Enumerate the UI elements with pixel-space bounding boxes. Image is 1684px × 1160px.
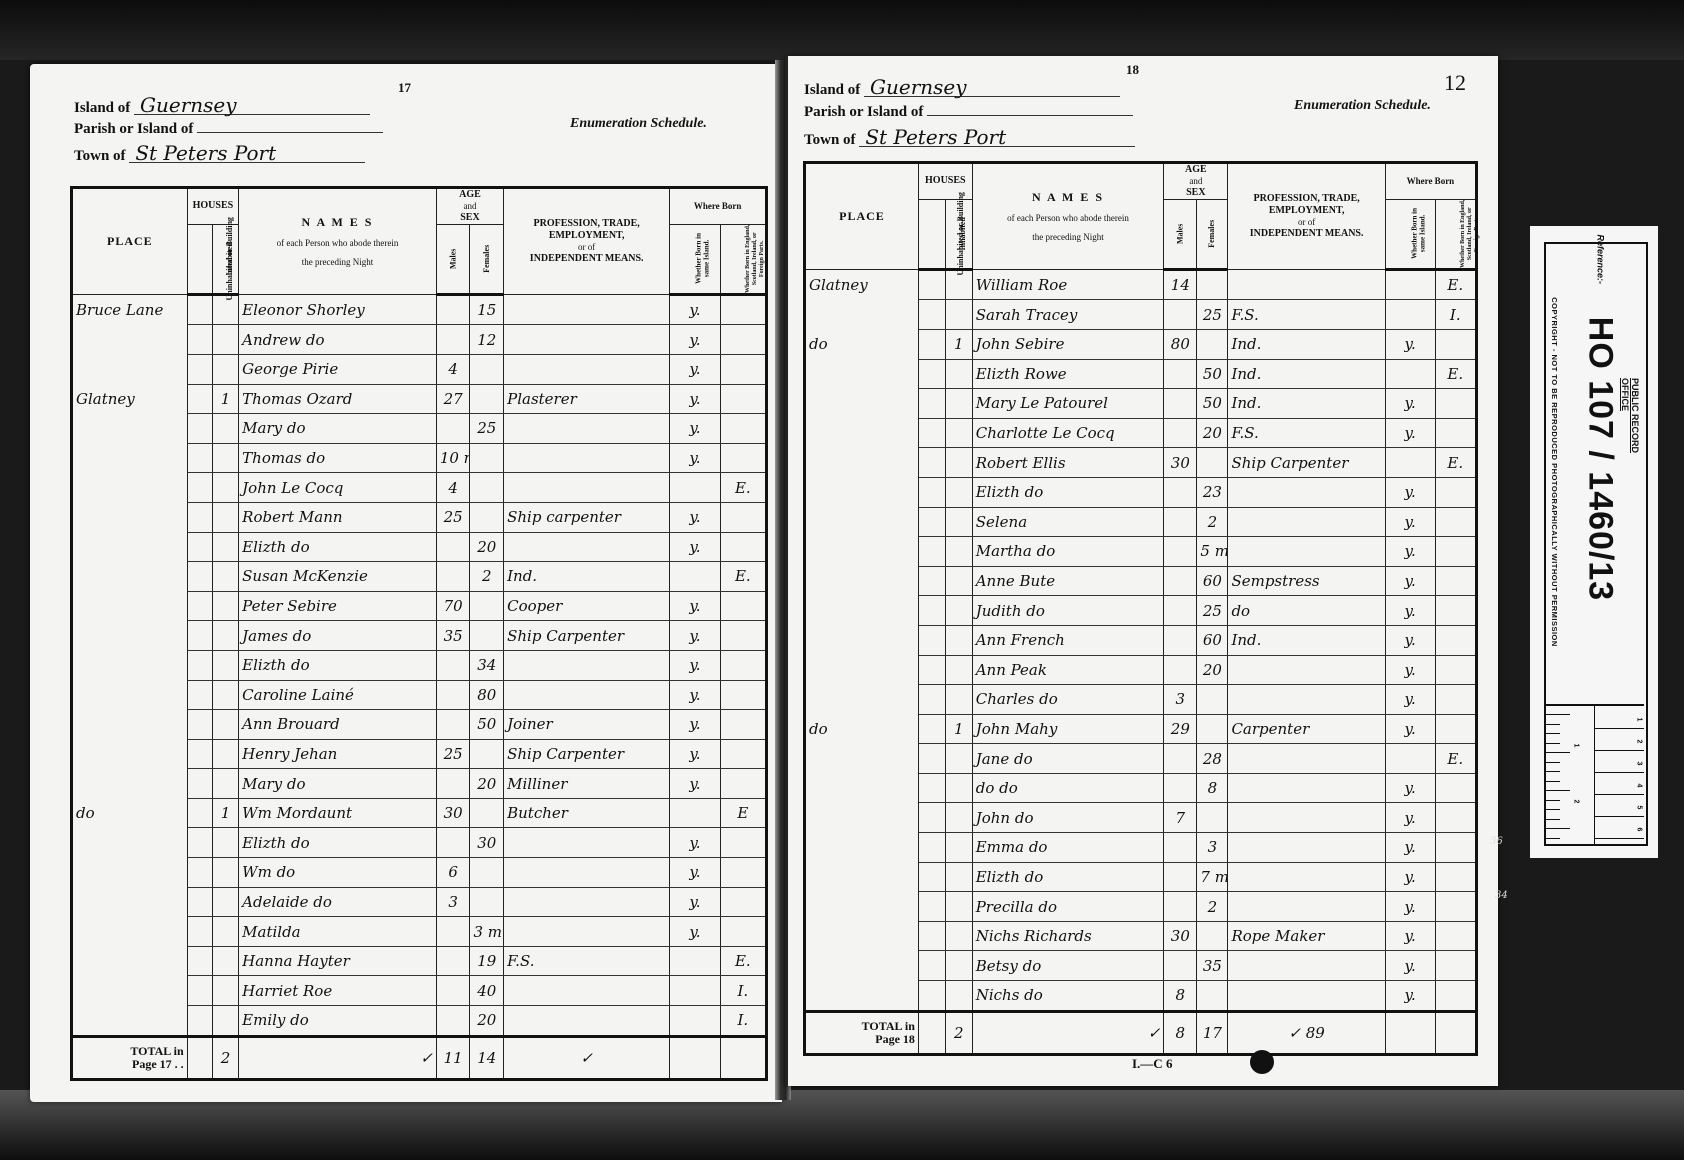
place-cell: Glatney bbox=[72, 384, 188, 414]
ruler-tick bbox=[1544, 800, 1560, 801]
total-uninhabited bbox=[918, 1011, 945, 1054]
born-elsewhere-cell bbox=[720, 917, 766, 947]
inhabited-cell bbox=[945, 389, 972, 419]
ruler-inch-label: 1 bbox=[1572, 744, 1579, 748]
males-age-cell: 30 bbox=[436, 798, 470, 828]
females-age-cell bbox=[470, 858, 504, 888]
inhabited-cell bbox=[212, 443, 238, 473]
born-elsewhere-cell bbox=[720, 650, 766, 680]
ruler-tick bbox=[1544, 809, 1560, 810]
census-rows: GlatneyWilliam Roe14E.Sarah Tracey25F.S.… bbox=[805, 269, 1477, 1054]
born-elsewhere-cell bbox=[1435, 862, 1476, 892]
island-value: Guernsey bbox=[864, 78, 1120, 97]
place-cell bbox=[805, 833, 919, 863]
table-row: Elizth do34y. bbox=[72, 650, 767, 680]
females-age-cell: 50 bbox=[1197, 389, 1228, 419]
inhabited-cell: 1 bbox=[945, 714, 972, 744]
col-uninhabited: Uninhabited or Building bbox=[918, 199, 945, 269]
profession-cell bbox=[1228, 833, 1385, 863]
name-cell: Emily do bbox=[239, 1006, 437, 1037]
born-elsewhere-cell bbox=[1435, 921, 1476, 951]
ruler-cm-line bbox=[1594, 750, 1644, 751]
females-age-cell: 30 bbox=[470, 828, 504, 858]
males-age-cell bbox=[436, 414, 470, 444]
born-same-island-cell: y. bbox=[670, 680, 720, 710]
table-row: Ann Peak20y. bbox=[805, 655, 1477, 685]
inhabited-cell bbox=[212, 473, 238, 503]
parish-value bbox=[197, 132, 383, 133]
males-age-cell bbox=[436, 828, 470, 858]
born-elsewhere-cell: I. bbox=[1435, 300, 1476, 330]
profession-cell bbox=[504, 1006, 670, 1037]
males-age-cell bbox=[436, 976, 470, 1006]
profession-cell: F.S. bbox=[504, 946, 670, 976]
table-row: Adelaide do3y. bbox=[72, 887, 767, 917]
born-same-island-cell: y. bbox=[670, 710, 720, 740]
town-field: Town of St Peters Port bbox=[74, 144, 365, 165]
ruler-tick bbox=[1544, 838, 1560, 839]
males-age-cell bbox=[436, 710, 470, 740]
born-same-island-cell bbox=[1385, 300, 1435, 330]
name-cell: Charles do bbox=[972, 685, 1164, 715]
name-cell: Ann Peak bbox=[972, 655, 1164, 685]
profession-cell: Butcher bbox=[504, 798, 670, 828]
profession-cell bbox=[504, 858, 670, 888]
born-elsewhere-cell bbox=[1435, 418, 1476, 448]
ruler-inch-label: 2 bbox=[1572, 800, 1579, 804]
inhabited-cell bbox=[212, 532, 238, 562]
born-same-island-cell: y. bbox=[670, 650, 720, 680]
profession-cell: Ind. bbox=[1228, 625, 1385, 655]
inhabited-cell bbox=[945, 921, 972, 951]
uninhabited-cell bbox=[187, 887, 212, 917]
place-cell bbox=[805, 892, 919, 922]
profession-cell: do bbox=[1228, 596, 1385, 626]
inhabited-cell bbox=[945, 359, 972, 389]
total-row: TOTAL inPage 182✓817✓ 89 bbox=[805, 1011, 1477, 1054]
profession-cell bbox=[504, 443, 670, 473]
profession-cell: Ship carpenter bbox=[504, 502, 670, 532]
name-cell: Nichs Richards bbox=[972, 921, 1164, 951]
col-females: Females bbox=[1197, 199, 1228, 269]
females-age-cell: 12 bbox=[470, 325, 504, 355]
profession-cell bbox=[504, 354, 670, 384]
place-cell bbox=[805, 477, 919, 507]
profession-cell: Milliner bbox=[504, 769, 670, 799]
col-names: N A M E S of each Person who abode there… bbox=[239, 188, 437, 295]
uninhabited-cell bbox=[187, 1006, 212, 1037]
females-age-cell: 2 bbox=[1197, 892, 1228, 922]
place-cell bbox=[72, 325, 188, 355]
profession-cell: Ship Carpenter bbox=[504, 621, 670, 651]
name-cell: Elizth do bbox=[239, 532, 437, 562]
ruler-cm-line bbox=[1594, 772, 1644, 773]
profession-cell bbox=[504, 473, 670, 503]
profession-cell: Ind. bbox=[504, 562, 670, 592]
born-same-island-cell bbox=[670, 473, 720, 503]
males-age-cell bbox=[1164, 744, 1197, 774]
col-where-born: Where Born bbox=[670, 188, 767, 225]
inhabited-cell bbox=[945, 477, 972, 507]
profession-cell bbox=[1228, 655, 1385, 685]
females-age-cell bbox=[470, 354, 504, 384]
table-row: Thomas do10 mthsy. bbox=[72, 443, 767, 473]
place-cell bbox=[805, 625, 919, 655]
name-cell: Caroline Lainé bbox=[239, 680, 437, 710]
born-same-island-cell: y. bbox=[670, 354, 720, 384]
scanner-background-top bbox=[0, 0, 1684, 60]
uninhabited-cell bbox=[187, 325, 212, 355]
born-same-island-cell bbox=[1385, 744, 1435, 774]
males-age-cell: 10 mths bbox=[436, 443, 470, 473]
folio-number: 12 bbox=[1444, 70, 1466, 96]
total-inhabited: 2 bbox=[212, 1036, 238, 1079]
born-elsewhere-cell bbox=[1435, 389, 1476, 419]
place-cell bbox=[72, 887, 188, 917]
col-males: Males bbox=[436, 224, 470, 294]
males-age-cell: 30 bbox=[1164, 921, 1197, 951]
total-males: 11 bbox=[436, 1036, 470, 1079]
name-cell: Charlotte Le Cocq bbox=[972, 418, 1164, 448]
born-elsewhere-cell bbox=[1435, 566, 1476, 596]
col-profession: PROFESSION, TRADE, EMPLOYMENT, or of IND… bbox=[1228, 163, 1385, 270]
name-cell: Robert Mann bbox=[239, 502, 437, 532]
females-age-cell: 40 bbox=[470, 976, 504, 1006]
females-age-cell bbox=[470, 739, 504, 769]
profession-cell bbox=[1228, 803, 1385, 833]
profession-cell: Ind. bbox=[1228, 389, 1385, 419]
ink-blot bbox=[1250, 1050, 1274, 1074]
place-cell bbox=[805, 418, 919, 448]
table-row: Elizth Rowe50Ind.E. bbox=[805, 359, 1477, 389]
uninhabited-cell bbox=[918, 448, 945, 478]
born-same-island-cell: y. bbox=[670, 325, 720, 355]
place-cell bbox=[805, 773, 919, 803]
uninhabited-cell bbox=[187, 532, 212, 562]
inhabited-cell bbox=[945, 596, 972, 626]
page-number: 18 bbox=[1126, 62, 1139, 78]
margin-note: 36 bbox=[1490, 836, 1503, 847]
place-cell bbox=[72, 621, 188, 651]
born-elsewhere-cell bbox=[1435, 892, 1476, 922]
born-same-island-cell: y. bbox=[1385, 477, 1435, 507]
name-cell: Martha do bbox=[972, 537, 1164, 567]
table-row: Nichs do8y. bbox=[805, 981, 1477, 1012]
uninhabited-cell bbox=[918, 921, 945, 951]
born-elsewhere-cell bbox=[1435, 507, 1476, 537]
born-same-island-cell: y. bbox=[1385, 418, 1435, 448]
born-elsewhere-cell: E. bbox=[1435, 744, 1476, 774]
total-born_else bbox=[1435, 1011, 1476, 1054]
males-age-cell bbox=[1164, 418, 1197, 448]
females-age-cell: 35 bbox=[1197, 951, 1228, 981]
inhabited-cell bbox=[212, 562, 238, 592]
margin-note: 34 bbox=[1495, 890, 1508, 901]
females-age-cell: 20 bbox=[1197, 418, 1228, 448]
males-age-cell bbox=[436, 680, 470, 710]
reference-card-frame: PUBLIC RECORD OFFICE Reference:- HO 107 … bbox=[1544, 242, 1648, 846]
name-cell: Jane do bbox=[972, 744, 1164, 774]
females-age-cell bbox=[1197, 921, 1228, 951]
name-cell: John do bbox=[972, 803, 1164, 833]
ruler-divider bbox=[1594, 706, 1595, 846]
born-elsewhere-cell bbox=[1435, 833, 1476, 863]
uninhabited-cell bbox=[918, 892, 945, 922]
females-age-cell bbox=[1197, 685, 1228, 715]
females-age-cell: 50 bbox=[470, 710, 504, 740]
females-age-cell bbox=[470, 591, 504, 621]
uninhabited-cell bbox=[187, 443, 212, 473]
profession-cell bbox=[1228, 773, 1385, 803]
ruler-tick bbox=[1544, 819, 1560, 820]
place-cell bbox=[805, 359, 919, 389]
total-females: 14 bbox=[470, 1036, 504, 1079]
col-names: N A M E S of each Person who abode there… bbox=[972, 163, 1164, 270]
profession-cell: Ship Carpenter bbox=[504, 739, 670, 769]
place-cell bbox=[805, 537, 919, 567]
born-elsewhere-cell bbox=[1435, 596, 1476, 626]
born-same-island-cell: y. bbox=[670, 769, 720, 799]
males-age-cell bbox=[436, 946, 470, 976]
uninhabited-cell bbox=[187, 917, 212, 947]
uninhabited-cell bbox=[918, 951, 945, 981]
census-rows: Bruce LaneEleonor Shorley15y.Andrew do12… bbox=[72, 294, 767, 1079]
uninhabited-cell bbox=[918, 596, 945, 626]
table-row: Anne Bute60Sempstressy. bbox=[805, 566, 1477, 596]
place-cell bbox=[805, 507, 919, 537]
reference-code: HO 107 / 1460/13 bbox=[1581, 317, 1620, 601]
ruler-cm-label: 3 bbox=[1636, 762, 1643, 766]
females-age-cell: 60 bbox=[1197, 625, 1228, 655]
profession-cell: Ind. bbox=[1228, 329, 1385, 359]
born-same-island-cell bbox=[1385, 269, 1435, 300]
inhabited-cell bbox=[945, 507, 972, 537]
ruler-cm-line bbox=[1594, 728, 1644, 729]
census-table: PLACE HOUSES N A M E S of each Person wh… bbox=[70, 186, 768, 1081]
males-age-cell bbox=[436, 532, 470, 562]
inhabited-cell bbox=[945, 951, 972, 981]
uninhabited-cell bbox=[187, 473, 212, 503]
inhabited-cell bbox=[212, 650, 238, 680]
profession-cell bbox=[504, 828, 670, 858]
born-same-island-cell: y. bbox=[670, 443, 720, 473]
name-cell: Susan McKenzie bbox=[239, 562, 437, 592]
born-elsewhere-cell: E. bbox=[720, 946, 766, 976]
total-females: 17 bbox=[1197, 1011, 1228, 1054]
females-age-cell: 2 bbox=[470, 562, 504, 592]
females-age-cell: 23 bbox=[1197, 477, 1228, 507]
name-cell: Ann French bbox=[972, 625, 1164, 655]
total-names: ✓ bbox=[972, 1011, 1164, 1054]
name-cell: Elizth do bbox=[972, 477, 1164, 507]
uninhabited-cell bbox=[187, 739, 212, 769]
name-cell: Adelaide do bbox=[239, 887, 437, 917]
place-cell bbox=[72, 1006, 188, 1037]
born-elsewhere-cell: I. bbox=[720, 976, 766, 1006]
table-row: John do7y. bbox=[805, 803, 1477, 833]
profession-cell: Plasterer bbox=[504, 384, 670, 414]
ruler-cm-label: 5 bbox=[1636, 806, 1643, 810]
ruler-tick bbox=[1544, 752, 1570, 753]
profession-cell bbox=[1228, 477, 1385, 507]
born-elsewhere-cell: I. bbox=[720, 1006, 766, 1037]
col-age-sex: AGEandSEX bbox=[436, 188, 503, 225]
parish-field: Parish or Island of bbox=[804, 104, 1133, 121]
males-age-cell bbox=[1164, 507, 1197, 537]
uninhabited-cell bbox=[187, 946, 212, 976]
uninhabited-cell bbox=[187, 798, 212, 828]
profession-cell bbox=[504, 887, 670, 917]
table-row: Susan McKenzie2Ind.E. bbox=[72, 562, 767, 592]
island-field: Island of Guernsey bbox=[804, 78, 1120, 99]
females-age-cell: 20 bbox=[470, 532, 504, 562]
inhabited-cell: 1 bbox=[212, 384, 238, 414]
profession-cell: Sempstress bbox=[1228, 566, 1385, 596]
born-elsewhere-cell bbox=[720, 532, 766, 562]
born-same-island-cell: y. bbox=[670, 384, 720, 414]
parish-label: Parish or Island of bbox=[804, 104, 923, 120]
name-cell: Judith do bbox=[972, 596, 1164, 626]
form-code: I.—C 6 bbox=[1132, 1056, 1172, 1072]
uninhabited-cell bbox=[187, 562, 212, 592]
females-age-cell: 5 mths bbox=[1197, 537, 1228, 567]
profession-cell: Ship Carpenter bbox=[1228, 448, 1385, 478]
name-cell: Matilda bbox=[239, 917, 437, 947]
table-row: Elizth do23y. bbox=[805, 477, 1477, 507]
uninhabited-cell bbox=[918, 477, 945, 507]
name-cell: James do bbox=[239, 621, 437, 651]
inhabited-cell bbox=[212, 1006, 238, 1037]
born-elsewhere-cell bbox=[1435, 625, 1476, 655]
uninhabited-cell bbox=[918, 566, 945, 596]
table-row: Elizth do20y. bbox=[72, 532, 767, 562]
born-elsewhere-cell: E. bbox=[1435, 359, 1476, 389]
uninhabited-cell bbox=[187, 621, 212, 651]
uninhabited-cell bbox=[187, 858, 212, 888]
name-cell: Wm Mordaunt bbox=[239, 798, 437, 828]
table-row: Hanna Hayter19F.S.E. bbox=[72, 946, 767, 976]
inhabited-cell bbox=[945, 773, 972, 803]
place-cell bbox=[72, 917, 188, 947]
born-same-island-cell: y. bbox=[670, 739, 720, 769]
place-cell bbox=[72, 591, 188, 621]
inhabited-cell bbox=[212, 946, 238, 976]
col-uninhabited: Uninhabited or Building bbox=[187, 224, 212, 294]
place-cell bbox=[72, 710, 188, 740]
males-age-cell bbox=[436, 769, 470, 799]
born-elsewhere-cell bbox=[1435, 951, 1476, 981]
males-age-cell bbox=[1164, 655, 1197, 685]
col-born-elsewhere: Whether Born in England, Scotland, Irela… bbox=[720, 224, 766, 294]
born-elsewhere-cell: E. bbox=[1435, 448, 1476, 478]
name-cell: Elizth do bbox=[239, 828, 437, 858]
born-elsewhere-cell bbox=[1435, 685, 1476, 715]
born-elsewhere-cell bbox=[720, 710, 766, 740]
born-elsewhere-cell bbox=[1435, 329, 1476, 359]
females-age-cell: 8 bbox=[1197, 773, 1228, 803]
born-same-island-cell bbox=[670, 946, 720, 976]
uninhabited-cell bbox=[187, 414, 212, 444]
table-row: do1John Mahy29Carpentery. bbox=[805, 714, 1477, 744]
females-age-cell: 25 bbox=[1197, 300, 1228, 330]
place-cell: do bbox=[805, 714, 919, 744]
males-age-cell bbox=[1164, 773, 1197, 803]
profession-cell bbox=[1228, 685, 1385, 715]
females-age-cell: 20 bbox=[470, 769, 504, 799]
females-age-cell: 28 bbox=[1197, 744, 1228, 774]
name-cell: Thomas do bbox=[239, 443, 437, 473]
born-same-island-cell bbox=[1385, 359, 1435, 389]
inhabited-cell bbox=[945, 448, 972, 478]
uninhabited-cell bbox=[918, 329, 945, 359]
born-same-island-cell bbox=[670, 1006, 720, 1037]
ruler-tick bbox=[1544, 790, 1570, 791]
inhabited-cell bbox=[212, 710, 238, 740]
ruler-cm-label: 4 bbox=[1636, 784, 1643, 788]
females-age-cell bbox=[470, 621, 504, 651]
schedule-title: Enumeration Schedule. bbox=[1294, 98, 1431, 114]
born-same-island-cell: y. bbox=[1385, 833, 1435, 863]
ruler-cm-line bbox=[1594, 838, 1644, 839]
name-cell: Mary Le Patourel bbox=[972, 389, 1164, 419]
females-age-cell bbox=[470, 473, 504, 503]
table-row: James do35Ship Carpentery. bbox=[72, 621, 767, 651]
uninhabited-cell bbox=[918, 359, 945, 389]
place-cell bbox=[805, 596, 919, 626]
born-same-island-cell bbox=[670, 562, 720, 592]
females-age-cell: 25 bbox=[1197, 596, 1228, 626]
inhabited-cell bbox=[212, 680, 238, 710]
born-elsewhere-cell bbox=[720, 887, 766, 917]
place-cell bbox=[805, 744, 919, 774]
col-males: Males bbox=[1164, 199, 1197, 269]
name-cell: Andrew do bbox=[239, 325, 437, 355]
born-same-island-cell bbox=[1385, 448, 1435, 478]
males-age-cell bbox=[436, 650, 470, 680]
name-cell: Betsy do bbox=[972, 951, 1164, 981]
island-label: Island of bbox=[804, 82, 860, 98]
inhabited-cell bbox=[212, 325, 238, 355]
born-elsewhere-cell bbox=[720, 384, 766, 414]
females-age-cell bbox=[470, 443, 504, 473]
males-age-cell bbox=[1164, 477, 1197, 507]
table-row: Glatney1Thomas Ozard27Plasterery. bbox=[72, 384, 767, 414]
table-row: Peter Sebire70Coopery. bbox=[72, 591, 767, 621]
born-same-island-cell: y. bbox=[1385, 862, 1435, 892]
born-elsewhere-cell bbox=[720, 769, 766, 799]
inhabited-cell bbox=[945, 892, 972, 922]
males-age-cell: 7 bbox=[1164, 803, 1197, 833]
born-elsewhere-cell: E. bbox=[1435, 269, 1476, 300]
inhabited-cell bbox=[945, 803, 972, 833]
born-elsewhere-cell bbox=[1435, 477, 1476, 507]
males-age-cell: 35 bbox=[436, 621, 470, 651]
place-cell bbox=[805, 981, 919, 1012]
females-age-cell: 20 bbox=[470, 1006, 504, 1037]
uninhabited-cell bbox=[918, 833, 945, 863]
females-age-cell: 7 mths bbox=[1197, 862, 1228, 892]
place-cell bbox=[72, 562, 188, 592]
females-age-cell: 50 bbox=[1197, 359, 1228, 389]
uninhabited-cell bbox=[918, 537, 945, 567]
males-age-cell bbox=[1164, 951, 1197, 981]
born-same-island-cell: y. bbox=[670, 591, 720, 621]
profession-cell: F.S. bbox=[1228, 418, 1385, 448]
place-cell: Glatney bbox=[805, 269, 919, 300]
profession-cell: F.S. bbox=[1228, 300, 1385, 330]
ruler-cm-line bbox=[1594, 816, 1644, 817]
col-born-same-island: Whether Born in same Island. bbox=[1385, 199, 1435, 269]
